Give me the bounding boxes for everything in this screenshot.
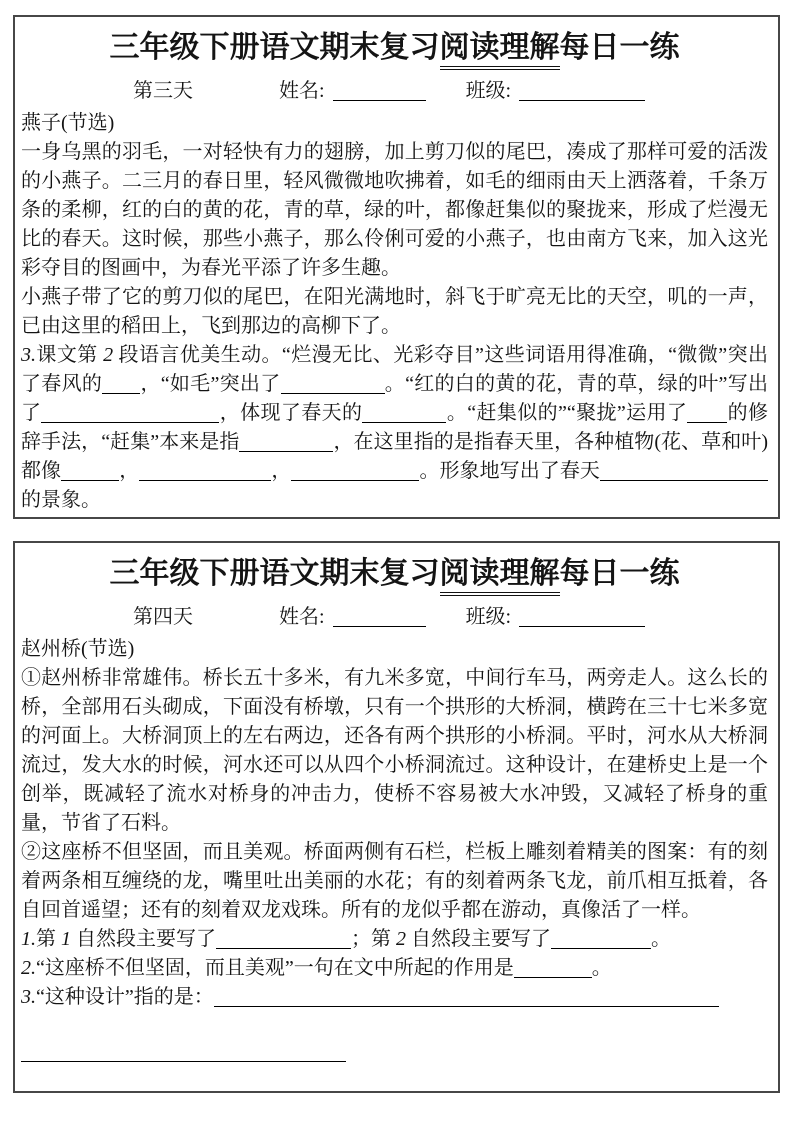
answer-blank <box>551 929 651 949</box>
class-blank <box>519 81 645 101</box>
question: 3.课文第 2 段语言优美生动。“烂漫无比、光彩夺目”这些词语用得准确，“微微”… <box>21 341 768 515</box>
question-text: ， <box>271 460 291 482</box>
answer-blank <box>41 403 219 423</box>
name-blank <box>333 607 426 627</box>
class-label: 班级: <box>466 80 512 102</box>
answer-blank <box>216 929 351 949</box>
question-text: 3. <box>21 986 36 1008</box>
answer-blank <box>291 461 419 481</box>
worksheet-page: 三年级下册语文期末复习阅读理解每日一练 第三天姓名:班级: 燕子(节选) 一身乌… <box>0 0 793 1093</box>
question-text: 的景象。 <box>21 489 101 511</box>
question-text: 2. <box>21 957 36 979</box>
sheet-title-prefix: 三年级下册语文期末复习 <box>110 557 440 590</box>
passage-title: 燕子(节选) <box>21 109 768 138</box>
answer-blank <box>600 461 768 481</box>
sheet-title: 三年级下册语文期末复习阅读理解每日一练 <box>21 553 768 595</box>
answer-blank <box>21 1042 346 1062</box>
answer-blank <box>102 374 140 394</box>
question-text: 自然段主要写了 <box>71 928 216 950</box>
worksheet-day4: 三年级下册语文期末复习阅读理解每日一练 第四天姓名:班级: 赵州桥(节选) ①赵… <box>13 541 780 1093</box>
question-text: 。 <box>592 957 612 979</box>
question-text: ；第 <box>351 928 396 950</box>
day-label: 第三天 <box>133 80 193 102</box>
passage-paragraph: 一身乌黑的羽毛，一对轻快有力的翅膀，加上剪刀似的尾巴，凑成了那样可爱的活泼的小燕… <box>21 138 768 283</box>
sheet-title-suffix: 每日一练 <box>560 557 680 590</box>
passage-title: 赵州桥(节选) <box>21 635 768 664</box>
question-text: ， <box>119 460 139 482</box>
name-label: 姓名: <box>279 80 325 102</box>
sheet-title-underlined: 阅读理解 <box>440 31 560 70</box>
answer-blank <box>281 374 385 394</box>
sheet-title-suffix: 每日一练 <box>560 31 680 64</box>
answer-blank <box>514 958 592 978</box>
question-text: ，体现了春天的 <box>219 402 362 424</box>
question: 1.第 1 自然段主要写了；第 2 自然段主要写了。 <box>21 925 768 954</box>
answer-blank <box>239 432 333 452</box>
question-text: “这种设计”指的是： <box>36 986 214 1008</box>
question-text: 第 <box>36 928 61 950</box>
question-text: 1. <box>21 928 36 950</box>
answer-blank <box>139 461 271 481</box>
class-blank <box>519 607 645 627</box>
passage-paragraph: ②这座桥不但坚固，而且美观。桥面两侧有石栏，栏板上雕刻着精美的图案：有的刻着两条… <box>21 838 768 925</box>
question-text: 3. <box>21 344 36 366</box>
sheet-title-prefix: 三年级下册语文期末复习 <box>110 31 440 64</box>
question-text: 课文第 <box>36 344 103 366</box>
question-text: 。形象地写出了春天 <box>419 460 600 482</box>
question-text: 。“赶集似的”“聚拢”运用了 <box>446 402 687 424</box>
question-text: 2 <box>396 928 406 950</box>
answer-blank <box>362 403 446 423</box>
answer-blank <box>687 403 727 423</box>
class-label: 班级: <box>466 606 512 628</box>
meta-row: 第三天姓名:班级: <box>21 75 768 109</box>
question-text: 自然段主要写了 <box>406 928 551 950</box>
question: 3.“这种设计”指的是： <box>21 983 768 1012</box>
day-label: 第四天 <box>133 606 193 628</box>
answer-blank <box>214 987 719 1007</box>
sheet-title-underlined: 阅读理解 <box>440 557 560 596</box>
name-label: 姓名: <box>279 606 325 628</box>
question-text: 。 <box>651 928 671 950</box>
question-text: 2 <box>103 344 113 366</box>
question: 2.“这座桥不但坚固，而且美观”一句在文中所起的作用是。 <box>21 954 768 983</box>
question-text: “这座桥不但坚固，而且美观”一句在文中所起的作用是 <box>36 957 514 979</box>
passage-paragraph: ①赵州桥非常雄伟。桥长五十多米，有九米多宽，中间行车马，两旁走人。这么长的桥，全… <box>21 664 768 838</box>
sheet-title: 三年级下册语文期末复习阅读理解每日一练 <box>21 27 768 69</box>
name-blank <box>333 81 426 101</box>
question-extra-line <box>21 1038 768 1067</box>
worksheet-day3: 三年级下册语文期末复习阅读理解每日一练 第三天姓名:班级: 燕子(节选) 一身乌… <box>13 15 780 519</box>
passage-paragraph: 小燕子带了它的剪刀似的尾巴，在阳光满地时，斜飞于旷亮无比的天空，叽的一声，已由这… <box>21 283 768 341</box>
meta-row: 第四天姓名:班级: <box>21 601 768 635</box>
question-text: 1 <box>61 928 71 950</box>
question-text: ，“如毛”突出了 <box>140 373 280 395</box>
answer-blank <box>61 461 119 481</box>
